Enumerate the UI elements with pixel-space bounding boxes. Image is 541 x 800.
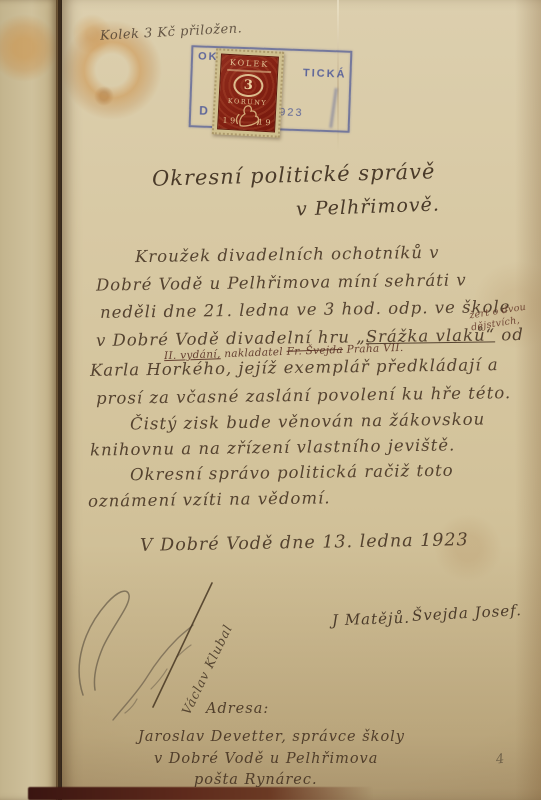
book-cover-edge [28,787,373,800]
overprint-date-prefix: D [199,104,210,118]
signature-mateju: J Matějů. [332,611,411,629]
heading-place: v Pelhřimově. [296,195,440,219]
revenue-stamp-face: KOLEK 3 KORUNY 1 9 1 9 [217,54,279,133]
stamp-ornament-band [227,69,271,73]
body-line-10: oznámení vzíti na vědomí. [88,490,331,510]
address-line-2: v Dobré Vodě u Pelhřimova [154,752,378,767]
inserted-publisher: Fr. Švejda [286,344,343,358]
address-line-3: pošta Rynárec. [194,773,318,788]
underlying-page [0,0,58,800]
body-line-1: Kroužek divadelních ochotníků v [135,245,440,266]
revenue-stamp: KOLEK 3 KORUNY 1 9 1 9 [212,48,284,137]
address-line-1: Jaroslav Devetter, správce školy [138,730,405,745]
overprint-text-right: TICKÁ [303,67,347,81]
address-label: Adresa: [206,702,269,717]
bohemian-lion-icon [232,101,263,129]
page-number: 4 [495,752,506,766]
archival-document-scan: Kolek 3 Kč přiložen. OKR TICKÁ D 923 KOL… [0,0,541,800]
stamp-title: KOLEK [221,58,277,70]
overprint-date-digits: 923 [279,106,304,119]
inserted-tail: Praha VII. [343,342,404,356]
stamp-value: 3 [233,73,264,98]
